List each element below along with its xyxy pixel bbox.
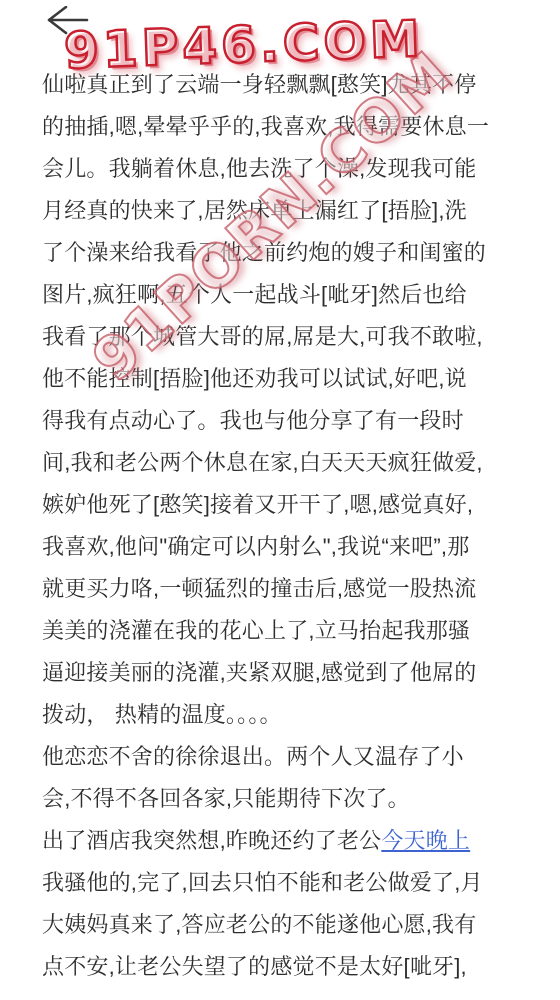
text-line: 我喜欢,他问"确定可以内射么",我说“来吧”,那 <box>42 526 522 568</box>
text-segment: 出了酒店我突然想,昨晚还约了老公 <box>42 828 381 853</box>
tonight-link[interactable]: 今天晚上 <box>381 828 470 853</box>
text-line: 会儿。我躺着休息,他去洗了个澡,发现我可能 <box>42 148 522 190</box>
back-arrow-icon <box>46 23 90 40</box>
text-line: 点不安,让老公失望了的感觉不是太好[呲牙], <box>42 946 522 988</box>
text-line: 大姨妈真来了,答应老公的不能遂他心愿,我有 <box>42 904 522 946</box>
text-line: 我看了那个城管大哥的屌,屌是大,可我不敢啦, <box>42 316 522 358</box>
text-line: 逼迎接美丽的浇灌,夹紧双腿,感觉到了他屌的 <box>42 652 522 694</box>
text-line: 间,我和老公两个休息在家,白天天天疯狂做爱, <box>42 442 522 484</box>
text-line-with-link: 出了酒店我突然想,昨晚还约了老公今天晚上 <box>42 820 522 862</box>
article-body: 仙啦真正到了云端一身轻飘飘[憨笑]尤其不停 的抽插,嗯,晕晕乎乎的,我喜欢,我得… <box>42 64 522 988</box>
text-line: 的抽插,嗯,晕晕乎乎的,我喜欢,我得需要休息一 <box>42 106 522 148</box>
text-line: 了个澡来给我看了他之前约炮的嫂子和闺蜜的 <box>42 232 522 274</box>
text-line: 得我有点动心了。我也与他分享了有一段时 <box>42 400 522 442</box>
back-button[interactable] <box>46 6 90 36</box>
text-line: 就更买力咯,一顿猛烈的撞击后,感觉一股热流 <box>42 568 522 610</box>
text-line: 他不能控制[捂脸]他还劝我可以试试,好吧,说 <box>42 358 522 400</box>
text-line: 美美的浇灌在我的花心上了,立马抬起我那骚 <box>42 610 522 652</box>
text-line: 会,不得不各回各家,只能期待下次了。 <box>42 778 522 820</box>
text-line: 图片,疯狂啊,五个人一起战斗[呲牙]然后也给 <box>42 274 522 316</box>
text-line: 仙啦真正到了云端一身轻飘飘[憨笑]尤其不停 <box>42 64 522 106</box>
text-line: 我骚他的,完了,回去只怕不能和老公做爱了,月 <box>42 862 522 904</box>
text-line: 月经真的快来了,居然床单上漏红了[捂脸],洗 <box>42 190 522 232</box>
text-line: 他恋恋不舍的徐徐退出。两个人又温存了小 <box>42 736 522 778</box>
text-line: 嫉妒他死了[憨笑]接着又开干了,嗯,感觉真好, <box>42 484 522 526</box>
text-line: 拨动， 热精的温度。。。。 <box>42 694 522 736</box>
